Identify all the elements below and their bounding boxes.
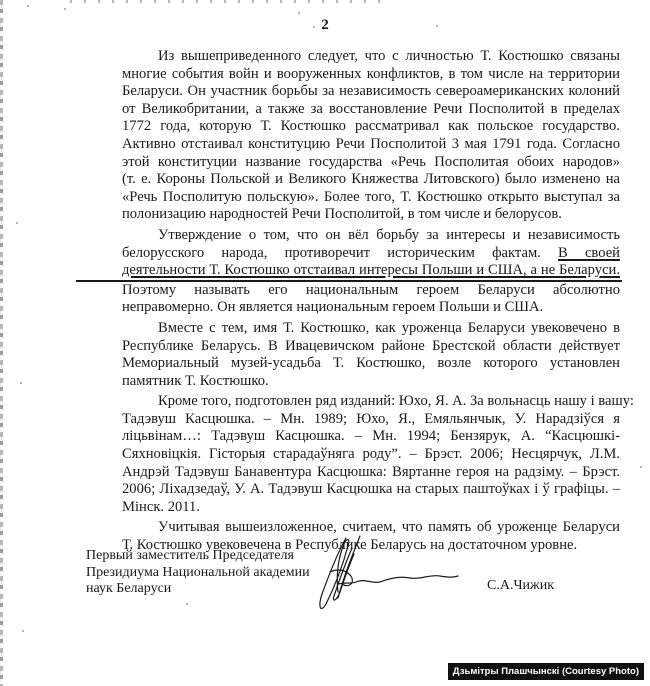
text-line: ліцьвінам…: Тадэвуш Касцюшка. – Мн. 1994…	[86, 428, 620, 446]
scan-top-artifact	[70, 0, 390, 3]
paragraph-3: Вместе с тем, имя Т. Костюшко, как уроже…	[86, 320, 620, 390]
signatory-title-line: Президиума Национальной академии	[86, 565, 310, 582]
text-line: Республике Беларусь. В Ивацевичском райо…	[86, 338, 620, 356]
photo-credit: Дзьмітры Плашчынскі (Courtesy Photo)	[448, 663, 644, 680]
letter-body: Из вышеприведенного следует, что с лично…	[86, 48, 620, 555]
text-line: Поэтому называть его национальным героем…	[86, 282, 620, 300]
text-line: «Речь Посполитую польскую». Более того, …	[86, 189, 620, 207]
scan-speck	[298, 12, 300, 14]
text-line: памятник Т. Костюшко.	[86, 373, 620, 391]
text-segment: белорусского народа, противоречит истори…	[122, 245, 558, 261]
scan-speck	[16, 222, 18, 224]
signatory-title-line: наук Беларуси	[86, 581, 310, 598]
scan-speck	[64, 8, 66, 10]
text-line: Беларуси. Он участник борьбы за независи…	[86, 83, 620, 101]
text-line: (т. е. Короны Польской и Великого Княжес…	[86, 171, 620, 189]
paragraph-4: Кроме того, подготовлен ряд изданий: Юхо…	[86, 393, 620, 516]
scan-speck	[640, 466, 642, 468]
paragraph-2: Утверждение о том, что он вёл борьбу за …	[86, 227, 620, 317]
scan-left-edge	[0, 0, 3, 686]
scan-speck	[27, 5, 29, 7]
scan-speck	[186, 603, 188, 605]
underlined-text-line: деятельности Т. Костюшко отстаивал интер…	[86, 262, 620, 280]
text-line: Кроме того, подготовлен ряд изданий: Юхо…	[86, 393, 620, 411]
signatory-title: Первый заместитель Председателя Президиу…	[86, 548, 310, 598]
text-line: белорусского народа, противоречит истори…	[86, 245, 620, 263]
text-line: неправомерно. Он является национальным г…	[86, 299, 620, 317]
text-line: Утверждение о том, что он вёл борьбу за …	[86, 227, 620, 245]
underlined-text: В своей	[558, 245, 620, 261]
text-line: 1772 года, которую Т. Костюшко рассматри…	[86, 118, 620, 136]
handwritten-signature-icon	[308, 532, 468, 622]
scan-speck	[22, 630, 24, 632]
signer-name: С.А.Чижик	[487, 578, 554, 594]
text-line: полонизацию народностей Речи Посполитой,…	[86, 206, 620, 224]
text-line: Андрэй Тадэвуш Банавентура Касцюшка: Вяр…	[86, 464, 620, 482]
text-line: Тадэвуш Касцюшка. – Мн. 1989; Юхо, Я., Е…	[86, 411, 620, 429]
text-line: Активно отстаивал конституцию Речи Поспо…	[86, 136, 620, 154]
page-number: 2	[0, 17, 650, 34]
text-line: Сяхновіцкія. Гісторыя старадаўняга роду”…	[86, 446, 620, 464]
signatory-title-line: Первый заместитель Председателя	[86, 548, 310, 565]
text-line: этой конституции название государства «Р…	[86, 154, 620, 172]
text-line: 2006; Ліхадзедаў, У. А. Тадэвуш Касцюшка…	[86, 481, 620, 499]
text-line: Из вышеприведенного следует, что с лично…	[86, 48, 620, 66]
text-line: Вместе с тем, имя Т. Костюшко, как уроже…	[86, 320, 620, 338]
text-line: Мінск. 2011.	[86, 499, 620, 517]
text-line: Мемориальный музей-усадьба Т. Костюшко, …	[86, 355, 620, 373]
scan-speck	[20, 382, 22, 384]
text-line: многие события войн и вооруженных конфли…	[86, 66, 620, 84]
paragraph-1: Из вышеприведенного следует, что с лично…	[86, 48, 620, 224]
text-line: от Великобритании, а также за восстановл…	[86, 101, 620, 119]
